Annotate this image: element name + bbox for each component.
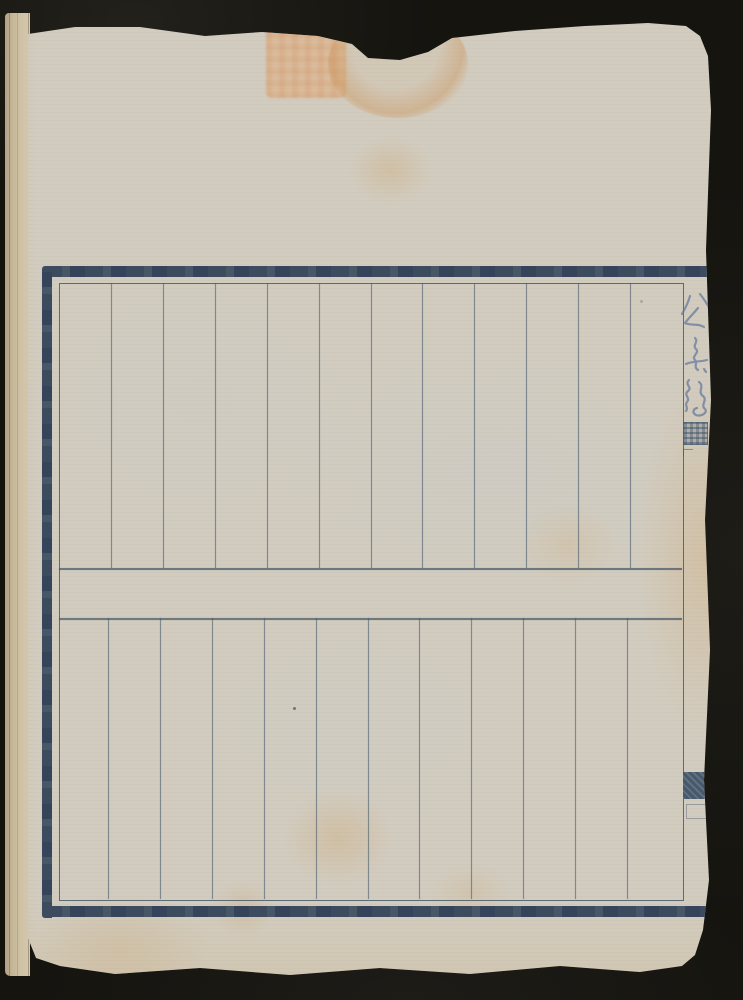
column-rule-line bbox=[627, 618, 628, 899]
column-rule-line bbox=[526, 283, 527, 568]
column-rule-line bbox=[264, 618, 265, 899]
column-rule-line bbox=[471, 618, 472, 899]
column-rule-line bbox=[163, 283, 164, 568]
column-rule-line bbox=[371, 283, 372, 568]
column-rule-line bbox=[215, 283, 216, 568]
column-grid-lower bbox=[56, 618, 679, 899]
column-rule-line bbox=[575, 618, 576, 899]
column-rule-line bbox=[108, 618, 109, 899]
frame-border-top bbox=[44, 266, 711, 277]
column-rule-line bbox=[316, 618, 317, 899]
column-rule-line bbox=[523, 618, 524, 899]
column-rule-line bbox=[368, 618, 369, 899]
book-spine-pages bbox=[5, 13, 30, 976]
fishtail-block-outline bbox=[686, 804, 709, 819]
column-rule-line bbox=[111, 283, 112, 568]
column-rule-line bbox=[319, 283, 320, 568]
column-rule-line bbox=[160, 618, 161, 899]
column-rule-line bbox=[474, 283, 475, 568]
fold-band-upper-rule bbox=[59, 568, 682, 570]
handwritten-title bbox=[680, 290, 714, 426]
fishtail-block-filled bbox=[683, 772, 708, 799]
spine-crease bbox=[9, 13, 10, 976]
column-rule-line bbox=[212, 618, 213, 899]
column-rule-line bbox=[422, 283, 423, 568]
column-rule-line bbox=[578, 283, 579, 568]
stamp-outline-remnant bbox=[683, 449, 693, 456]
frame-border-left bbox=[42, 266, 52, 918]
scan-background bbox=[0, 0, 743, 1000]
page bbox=[0, 0, 743, 1000]
collector-stamp bbox=[683, 422, 708, 445]
frame-border-bottom bbox=[44, 906, 711, 917]
column-grid-upper bbox=[59, 283, 682, 568]
column-rule-line bbox=[630, 283, 631, 568]
spine-crease bbox=[17, 13, 18, 976]
water-stain bbox=[328, 10, 468, 118]
column-rule-line bbox=[419, 618, 420, 899]
column-rule-line bbox=[267, 283, 268, 568]
